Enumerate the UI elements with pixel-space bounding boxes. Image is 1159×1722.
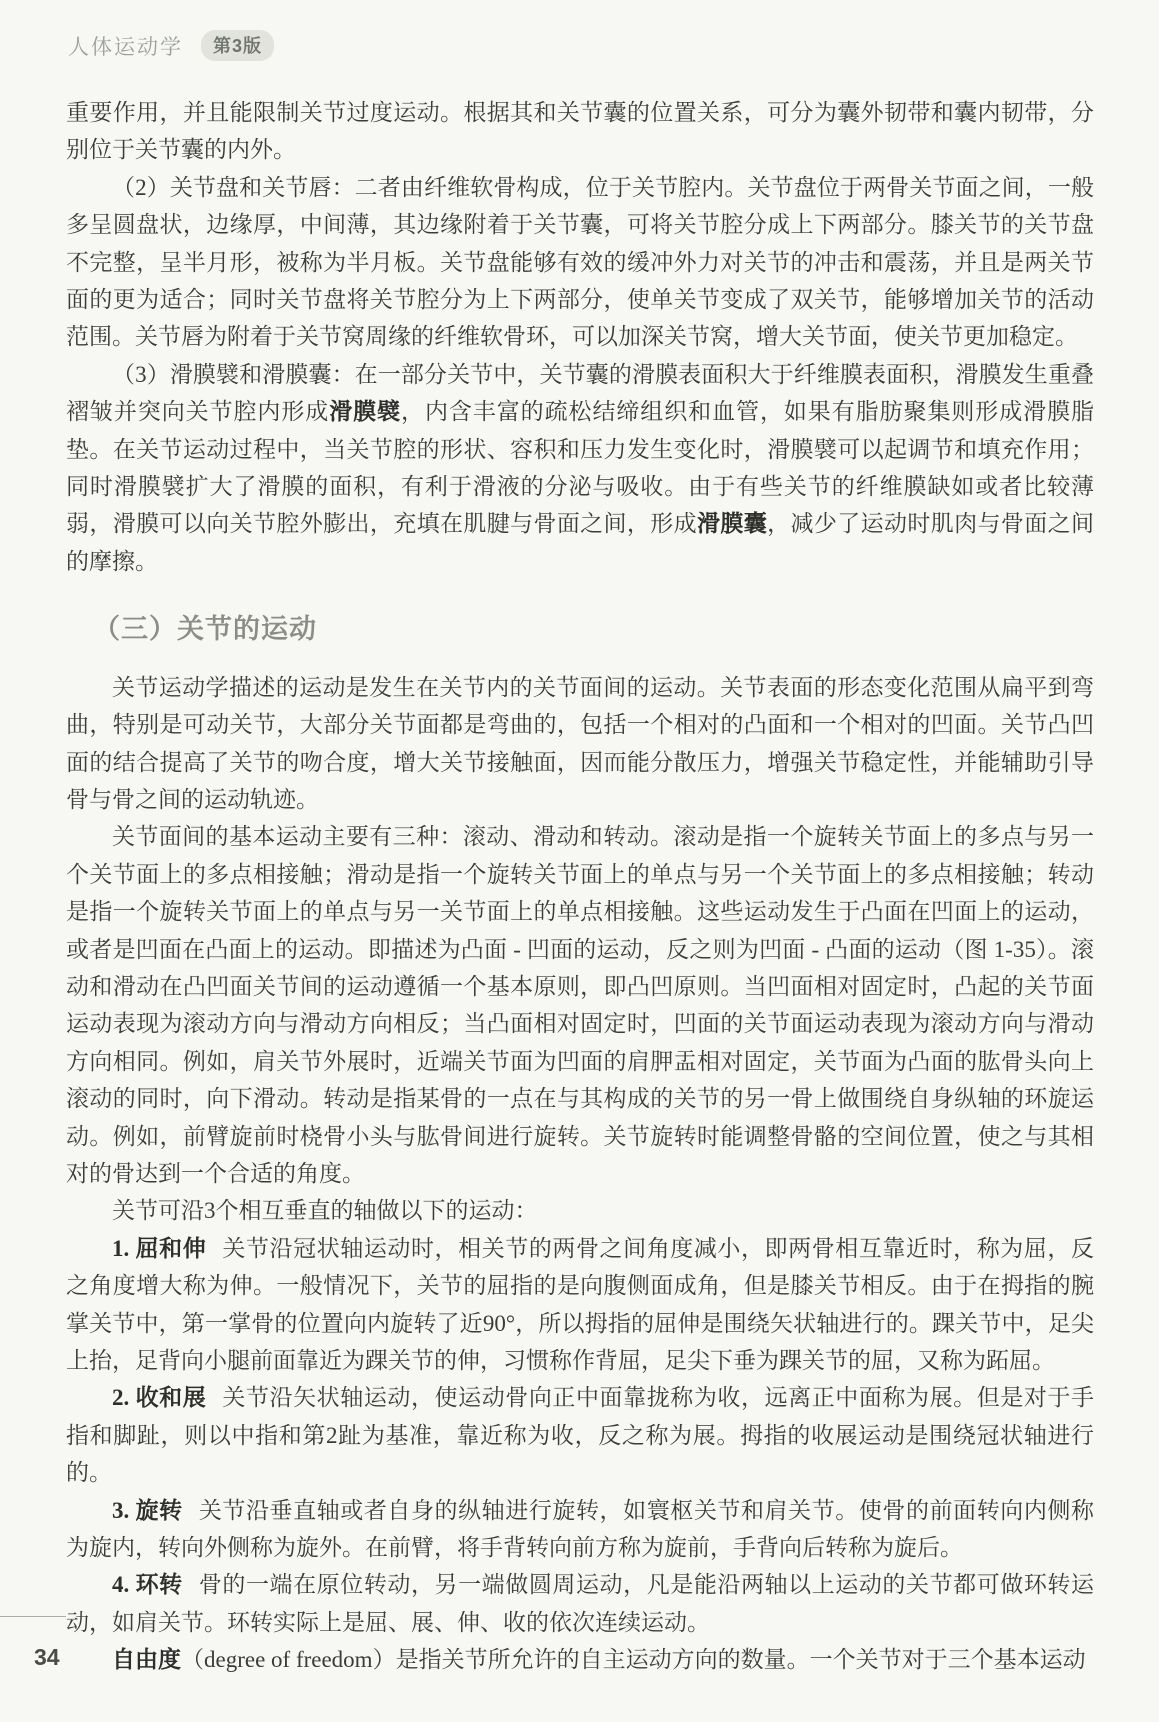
motion-item-adduction-abduction: 2. 收和展关节沿矢状轴运动，使运动骨向正中面靠拢称为收，远离正中面称为展。但是… (66, 1379, 1094, 1491)
degree-of-freedom-text: （degree of freedom）是指关节所允许的自主运动方向的数量。一个关… (181, 1647, 1086, 1672)
motion-item-label: 1. 屈和伸 (112, 1236, 206, 1261)
motion-item-label: 2. 收和展 (112, 1385, 206, 1410)
term-degree-of-freedom: 自由度 (112, 1647, 181, 1672)
edition-badge: 第3版 (201, 30, 274, 61)
book-title: 人体运动学 (68, 31, 183, 61)
motion-item-circumduction: 4. 环转骨的一端在原位转动，另一端做圆周运动，凡是能沿两轴以上运动的关节都可做… (66, 1566, 1094, 1641)
paragraph-degree-of-freedom: 自由度（degree of freedom）是指关节所允许的自主运动方向的数量。… (66, 1641, 1094, 1678)
paragraph-synovial-fold: （3）滑膜襞和滑膜囊：在一部分关节中，关节囊的滑膜表面积大于纤维膜表面积，滑膜发… (66, 356, 1094, 580)
paragraph-basic-motions: 关节面间的基本运动主要有三种：滚动、滑动和转动。滚动是指一个旋转关节面上的多点与… (66, 818, 1094, 1192)
motion-item-flexion-extension: 1. 屈和伸关节沿冠状轴运动时，相关节的两骨之间角度减小，即两骨相互靠近时，称为… (66, 1230, 1094, 1380)
section-heading-joint-motion: （三）关节的运动 (66, 611, 1094, 648)
paragraph-articular-disc: （2）关节盘和关节唇：二者由纤维软骨构成，位于关节腔内。关节盘位于两骨关节面之间… (66, 169, 1094, 356)
paragraph-axes-intro: 关节可沿3个相互垂直的轴做以下的运动： (66, 1192, 1094, 1229)
motion-item-label: 4. 环转 (112, 1572, 183, 1597)
page-number: 34 (34, 1644, 60, 1671)
term-synovial-fold: 滑膜襞 (329, 399, 401, 424)
running-head: 人体运动学 第3版 (68, 30, 274, 61)
footer-rule (0, 1616, 66, 1617)
term-synovial-bursa: 滑膜囊 (697, 511, 767, 536)
motion-item-rotation: 3. 旋转关节沿垂直轴或者自身的纵轴进行旋转，如寰枢关节和肩关节。使骨的前面转向… (66, 1492, 1094, 1567)
motion-item-text: 关节沿垂直轴或者自身的纵轴进行旋转，如寰枢关节和肩关节。使骨的前面转向内侧称为旋… (66, 1498, 1094, 1560)
paragraph-arthrokinematics: 关节运动学描述的运动是发生在关节内的关节面间的运动。关节表面的形态变化范围从扁平… (66, 669, 1094, 819)
paragraph-ligament-continuation: 重要作用，并且能限制关节过度运动。根据其和关节囊的位置关系，可分为囊外韧带和囊内… (66, 94, 1094, 169)
motion-item-text: 关节沿冠状轴运动时，相关节的两骨之间角度减小，即两骨相互靠近时，称为屈，反之角度… (66, 1236, 1094, 1373)
motion-item-text: 关节沿矢状轴运动，使运动骨向正中面靠拢称为收，远离正中面称为展。但是对于手指和脚… (66, 1385, 1094, 1485)
page-body-text: 重要作用，并且能限制关节过度运动。根据其和关节囊的位置关系，可分为囊外韧带和囊内… (66, 94, 1094, 1679)
book-page: 人体运动学 第3版 重要作用，并且能限制关节过度运动。根据其和关节囊的位置关系，… (0, 0, 1159, 1722)
motion-item-text: 骨的一端在原位转动，另一端做圆周运动，凡是能沿两轴以上运动的关节都可做环转运动，… (66, 1572, 1094, 1634)
motion-item-label: 3. 旋转 (112, 1498, 183, 1523)
